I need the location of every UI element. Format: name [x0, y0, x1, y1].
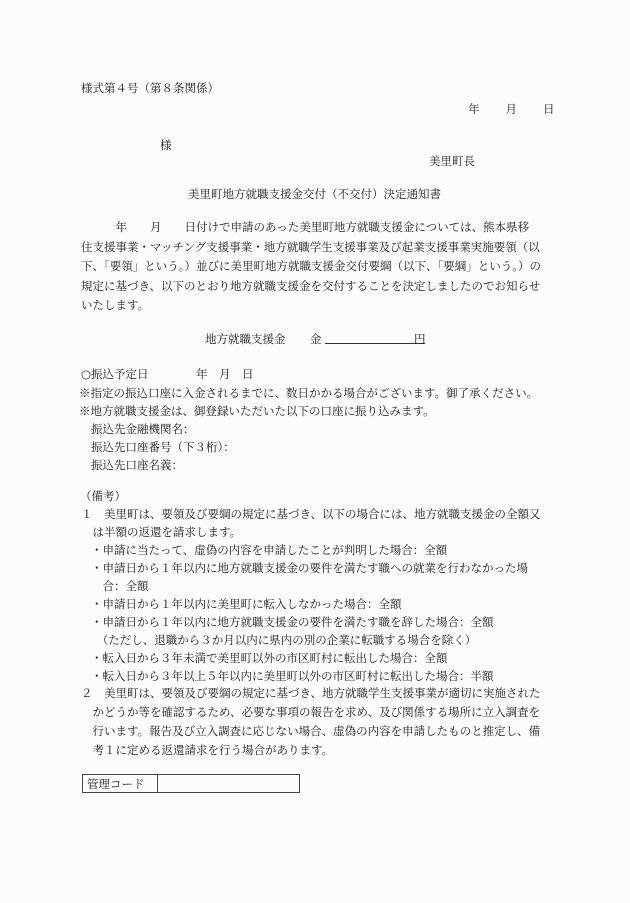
account-number-field: 振込先口座番号（下３桁）： [91, 438, 235, 457]
date-line: 年月日 [468, 100, 555, 119]
bank-name-field: 振込先金融機関名： [91, 420, 195, 439]
account-holder-label: 振込先口座名義： [91, 458, 183, 472]
remark-line: 考１に定める返還請求を行う場合があります。 [81, 741, 551, 760]
remark-line: かどうか等を確認するため、必要な事項の報告を求め、及び関係する場所に立入調査を [81, 703, 551, 722]
remark-bullet: ・転入日から３年未満で美里町以外の市区町村に転出した場合：全額 [81, 649, 551, 667]
account-number-label: 振込先口座番号（下３桁）： [91, 440, 235, 454]
scheduled-date-label: ○振込予定日 [81, 365, 149, 384]
management-code-field[interactable] [158, 775, 300, 793]
body-line: 規定に基づき、以下のとおり地方就職支援金を交付することを決定しましたのでお知らせ [81, 277, 551, 297]
amount-prefix: 金 [310, 330, 322, 349]
issuer: 美里町長 [429, 152, 475, 171]
management-code-table: 管理コード [82, 774, 300, 793]
remark-bullet: （ただし、退職から３か月以内に県内の別の企業に転職する場合を除く） [81, 631, 551, 649]
body-line: いたします。 [81, 296, 551, 316]
remarks-item-1: １ 美里町は、要領及び要綱の規定に基づき、以下の場合には、地方就職支援金の全額又… [81, 505, 551, 685]
account-holder-field: 振込先口座名義： [91, 456, 183, 475]
remark-bullet: ・申請日から１年以内に美里町に転入しなかった場合：全額 [81, 595, 551, 613]
remark-line: は半額の返還を請求します。 [81, 523, 551, 541]
addressee-suffix: 様 [160, 136, 172, 155]
remark-bullet: ・申請日から１年以内に地方就職支援金の要件を満たす職への就業を行わなかった場 [81, 559, 551, 577]
management-code-label: 管理コード [83, 775, 158, 793]
body-paragraph: 年 月 日付けで申請のあった美里町地方就職支援金については、熊本県移 住支援事業… [81, 218, 551, 316]
transfer-note: ※地方就職支援金は、御登録いただいた以下の口座に振り込みます。 [79, 402, 435, 421]
remark-bullet: 合：全額 [81, 577, 551, 595]
notification-document: 様式第４号（第８条関係） 年月日 様 美里町長 美里町地方就職支援金交付（不交付… [0, 0, 630, 903]
body-line: 年 月 日付けで申請のあった美里町地方就職支援金については、熊本県移 [81, 218, 551, 238]
remarks-heading: （備考） [80, 487, 126, 506]
amount-label: 地方就職支援金 [205, 330, 286, 349]
date-day: 日 [543, 102, 555, 116]
form-number: 様式第４号（第８条関係） [81, 79, 219, 98]
scheduled-date: 年 月 日 [196, 365, 254, 384]
date-month: 月 [506, 102, 518, 116]
amount-unit: 円 [414, 330, 426, 349]
date-year: 年 [468, 102, 480, 116]
amount-field [325, 343, 425, 344]
remark-line: ２ 美里町は、要領及び要綱の規定に基づき、地方就職学生支援事業が適切に実施された [81, 684, 551, 703]
remark-line: １ 美里町は、要領及び要綱の規定に基づき、以下の場合には、地方就職支援金の全額又 [81, 505, 551, 523]
transfer-note: ※指定の振込口座に入金されるまでに、数日かかる場合がございます。御了承ください。 [79, 384, 538, 403]
document-title: 美里町地方就職支援金交付（不交付）決定通知書 [188, 185, 441, 204]
body-line: 下、「要領」という。）並びに美里町地方就職支援金交付要綱（以下、「要綱」という。… [81, 257, 551, 277]
remark-line: 行います。報告及び立入調査に応じない場合、虚偽の内容を申請したものと推定し、備 [81, 722, 551, 741]
remark-bullet: ・申請に当たって、虚偽の内容を申請したことが判明した場合：全額 [81, 541, 551, 559]
body-line: 住支援事業・マッチング支援事業・地方就職学生支援事業及び起業支援事業実施要領（以 [81, 238, 551, 258]
bank-name-label: 振込先金融機関名： [91, 422, 195, 436]
remark-bullet: ・転入日から３年以上５年以内に美里町以外の市区町村に転出した場合：半額 [81, 667, 551, 685]
remark-bullet: ・申請日から１年以内に地方就職支援金の要件を満たす職を辞した場合：全額 [81, 613, 551, 631]
remarks-item-2: ２ 美里町は、要領及び要綱の規定に基づき、地方就職学生支援事業が適切に実施された… [81, 684, 551, 760]
